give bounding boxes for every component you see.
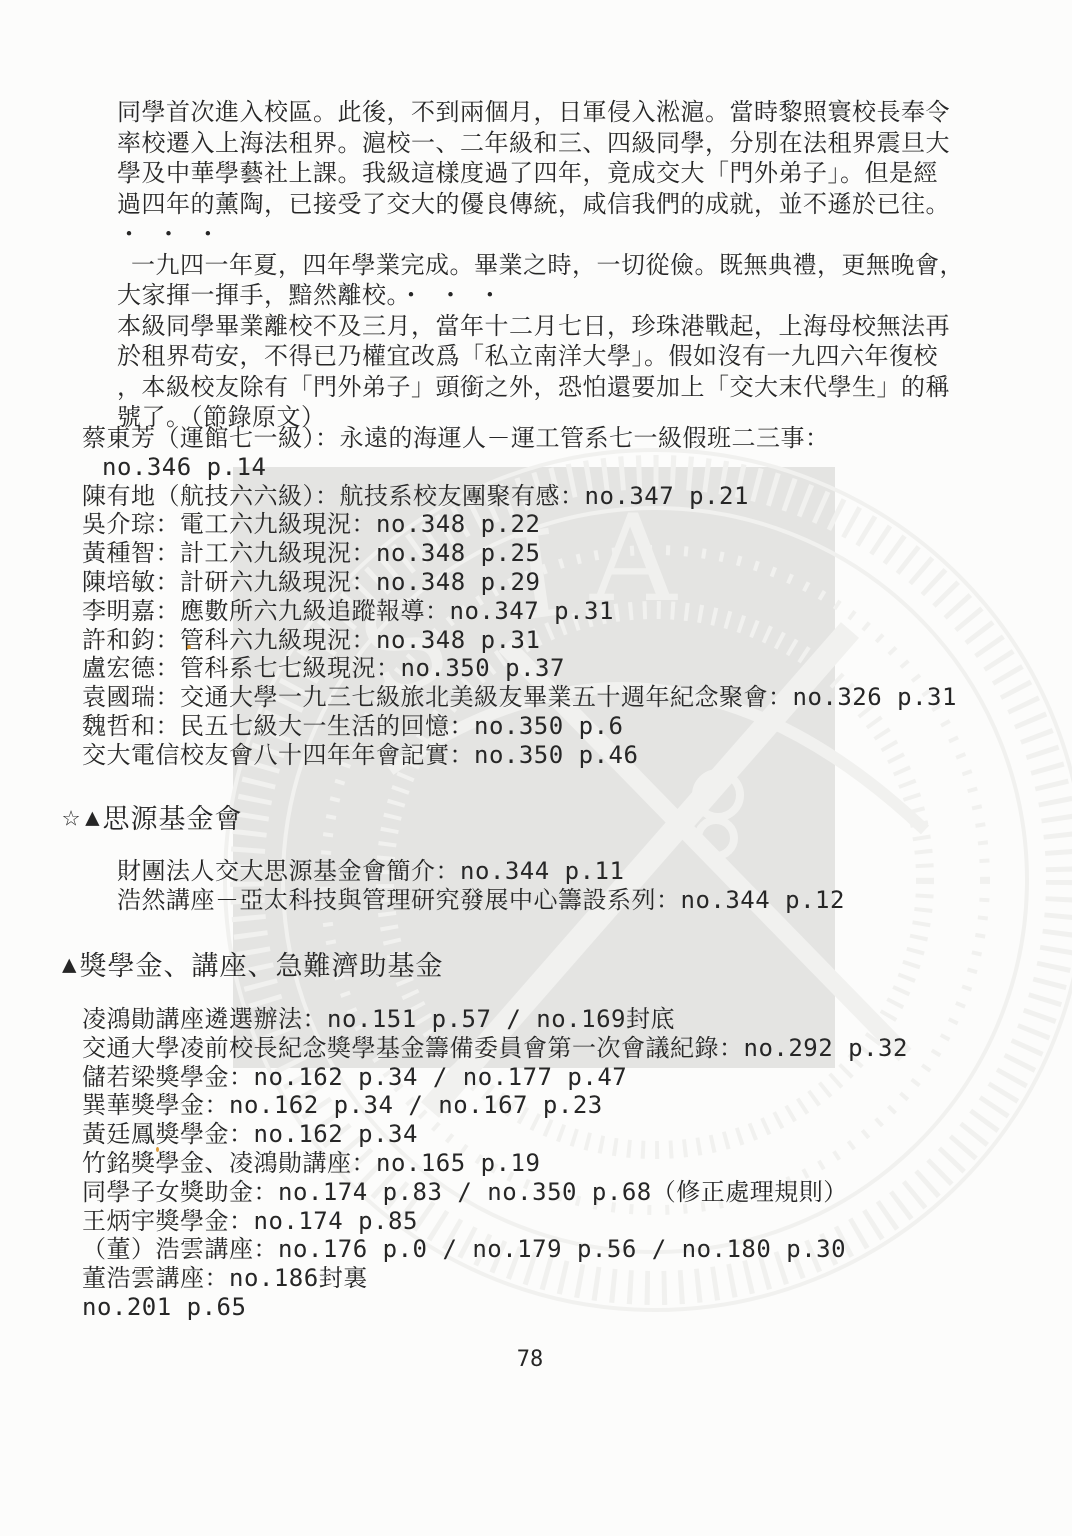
- index-entry: no.201 p.65: [82, 1293, 908, 1322]
- section-header-scholarships: ▲ 獎學金、講座、急難濟助基金: [62, 944, 443, 983]
- index-entry: no.346 p.14: [82, 453, 957, 482]
- section-header-siyuan-foundation: ☆ ▲ 思源基金會: [62, 797, 243, 836]
- scanned-page: { "colors": { "page_bg": "#fcfcfb", "tex…: [0, 0, 1072, 1536]
- index-entry: 巽華獎學金：no.162 p.34 / no.167 p.23: [82, 1091, 908, 1120]
- scan-artifact-dot: [156, 1147, 159, 1152]
- index-entry: 交大電信校友會八十四年年會記實：no.350 p.46: [82, 741, 957, 770]
- index-entry: 許和鈞：管科六九級現況：no.348 p.31: [82, 626, 957, 655]
- triangle-icon: ▲: [62, 952, 77, 976]
- index-entry: 黃種智：計工六九級現況：no.348 p.25: [82, 539, 957, 568]
- scholarship-item-list: 凌鴻勛講座遴選辦法：no.151 p.57 / no.169封底交通大學凌前校長…: [82, 1005, 908, 1322]
- quote-line: 率校遷入上海法租界。滬校一、二年級和三、四級同學，分別在法租界震旦大: [117, 128, 1017, 159]
- index-entry: 李明嘉：應數所六九級追蹤報導：no.347 p.31: [82, 597, 957, 626]
- quote-line: 本級同學畢業離校不及三月，當年十二月七日，珍珠港戰起，上海母校無法再: [117, 311, 1017, 342]
- index-entry: 同學子女獎助金：no.174 p.83 / no.350 p.68（修正處理規則…: [82, 1178, 908, 1207]
- index-entry: 盧宏德：管科系七七級現況：no.350 p.37: [82, 654, 957, 683]
- quote-line: 一九四一年夏，四年學業完成。畢業之時，一切從儉。既無典禮，更無晚會，: [117, 250, 1017, 281]
- index-entry: 儲若梁獎學金：no.162 p.34 / no.177 p.47: [82, 1063, 908, 1092]
- quote-line: 大家揮一揮手，黯然離校。・ ・ ・: [117, 280, 1017, 311]
- page-number: 78: [0, 1347, 1060, 1372]
- scan-artifact-dot: [187, 645, 191, 649]
- index-entry: 陳培敏：計研六九級現況：no.348 p.29: [82, 568, 957, 597]
- quote-line: 過四年的薰陶，已接受了交大的優良傳統，咸信我們的成就，並不遜於已往。: [117, 189, 1017, 220]
- quoted-excerpt: 同學首次進入校區。此後，不到兩個月，日軍侵入淞滬。當時黎照寰校長奉令率校遷入上海…: [117, 97, 1017, 433]
- index-entry: 蔡東芳（運館七一級）：永遠的海運人－運工管系七一級假班二三事：: [82, 424, 957, 453]
- quote-line: 學及中華學藝社上課。我級這樣度過了四年，竟成交大「門外弟子」。但是經: [117, 158, 1017, 189]
- section-title: 思源基金會: [103, 797, 243, 836]
- index-entry: （董）浩雲講座：no.176 p.0 / no.179 p.56 / no.18…: [82, 1235, 908, 1264]
- index-entry: 袁國瑞：交通大學一九三七級旅北美級友畢業五十週年紀念聚會：no.326 p.31: [82, 683, 957, 712]
- index-entry: 陳有地（航技六六級）：航技系校友團聚有感：no.347 p.21: [82, 482, 957, 511]
- siyuan-foundation-item-list: 財團法人交大思源基金會簡介：no.344 p.11浩然講座－亞太科技與管理研究發…: [117, 857, 845, 915]
- index-entry: 董浩雲講座：no.186封裏: [82, 1264, 908, 1293]
- index-entry: 吳介琮：電工六九級現況：no.348 p.22: [82, 510, 957, 539]
- index-entry: 魏哲和：民五七級大一生活的回憶：no.350 p.6: [82, 712, 957, 741]
- index-entry: 竹銘獎學金、凌鴻勛講座：no.165 p.19: [82, 1149, 908, 1178]
- section-title: 獎學金、講座、急難濟助基金: [79, 944, 443, 983]
- index-entry: 交通大學凌前校長紀念獎學基金籌備委員會第一次會議紀錄：no.292 p.32: [82, 1034, 908, 1063]
- index-entry: 凌鴻勛講座遴選辦法：no.151 p.57 / no.169封底: [82, 1005, 908, 1034]
- quote-line: ・ ・ ・: [117, 219, 1017, 250]
- index-entry: 黃廷鳳獎學金：no.162 p.34: [82, 1120, 908, 1149]
- quote-line: 於租界苟安，不得已乃權宜改爲「私立南洋大學」。假如沒有一九四六年復校: [117, 341, 1017, 372]
- index-entry: 王炳宇獎學金：no.174 p.85: [82, 1207, 908, 1236]
- index-entry: 財團法人交大思源基金會簡介：no.344 p.11: [117, 857, 845, 886]
- star-icon: ☆: [62, 802, 81, 832]
- index-entry-list: 蔡東芳（運館七一級）：永遠的海運人－運工管系七一級假班二三事：no.346 p.…: [82, 424, 957, 770]
- triangle-icon: ▲: [85, 805, 100, 829]
- index-entry: 浩然講座－亞太科技與管理研究發展中心籌設系列：no.344 p.12: [117, 886, 845, 915]
- quote-line: ，本級校友除有「門外弟子」頭銜之外，恐怕還要加上「交大末代學生」的稱: [117, 372, 1017, 403]
- quote-line: 同學首次進入校區。此後，不到兩個月，日軍侵入淞滬。當時黎照寰校長奉令: [117, 97, 1017, 128]
